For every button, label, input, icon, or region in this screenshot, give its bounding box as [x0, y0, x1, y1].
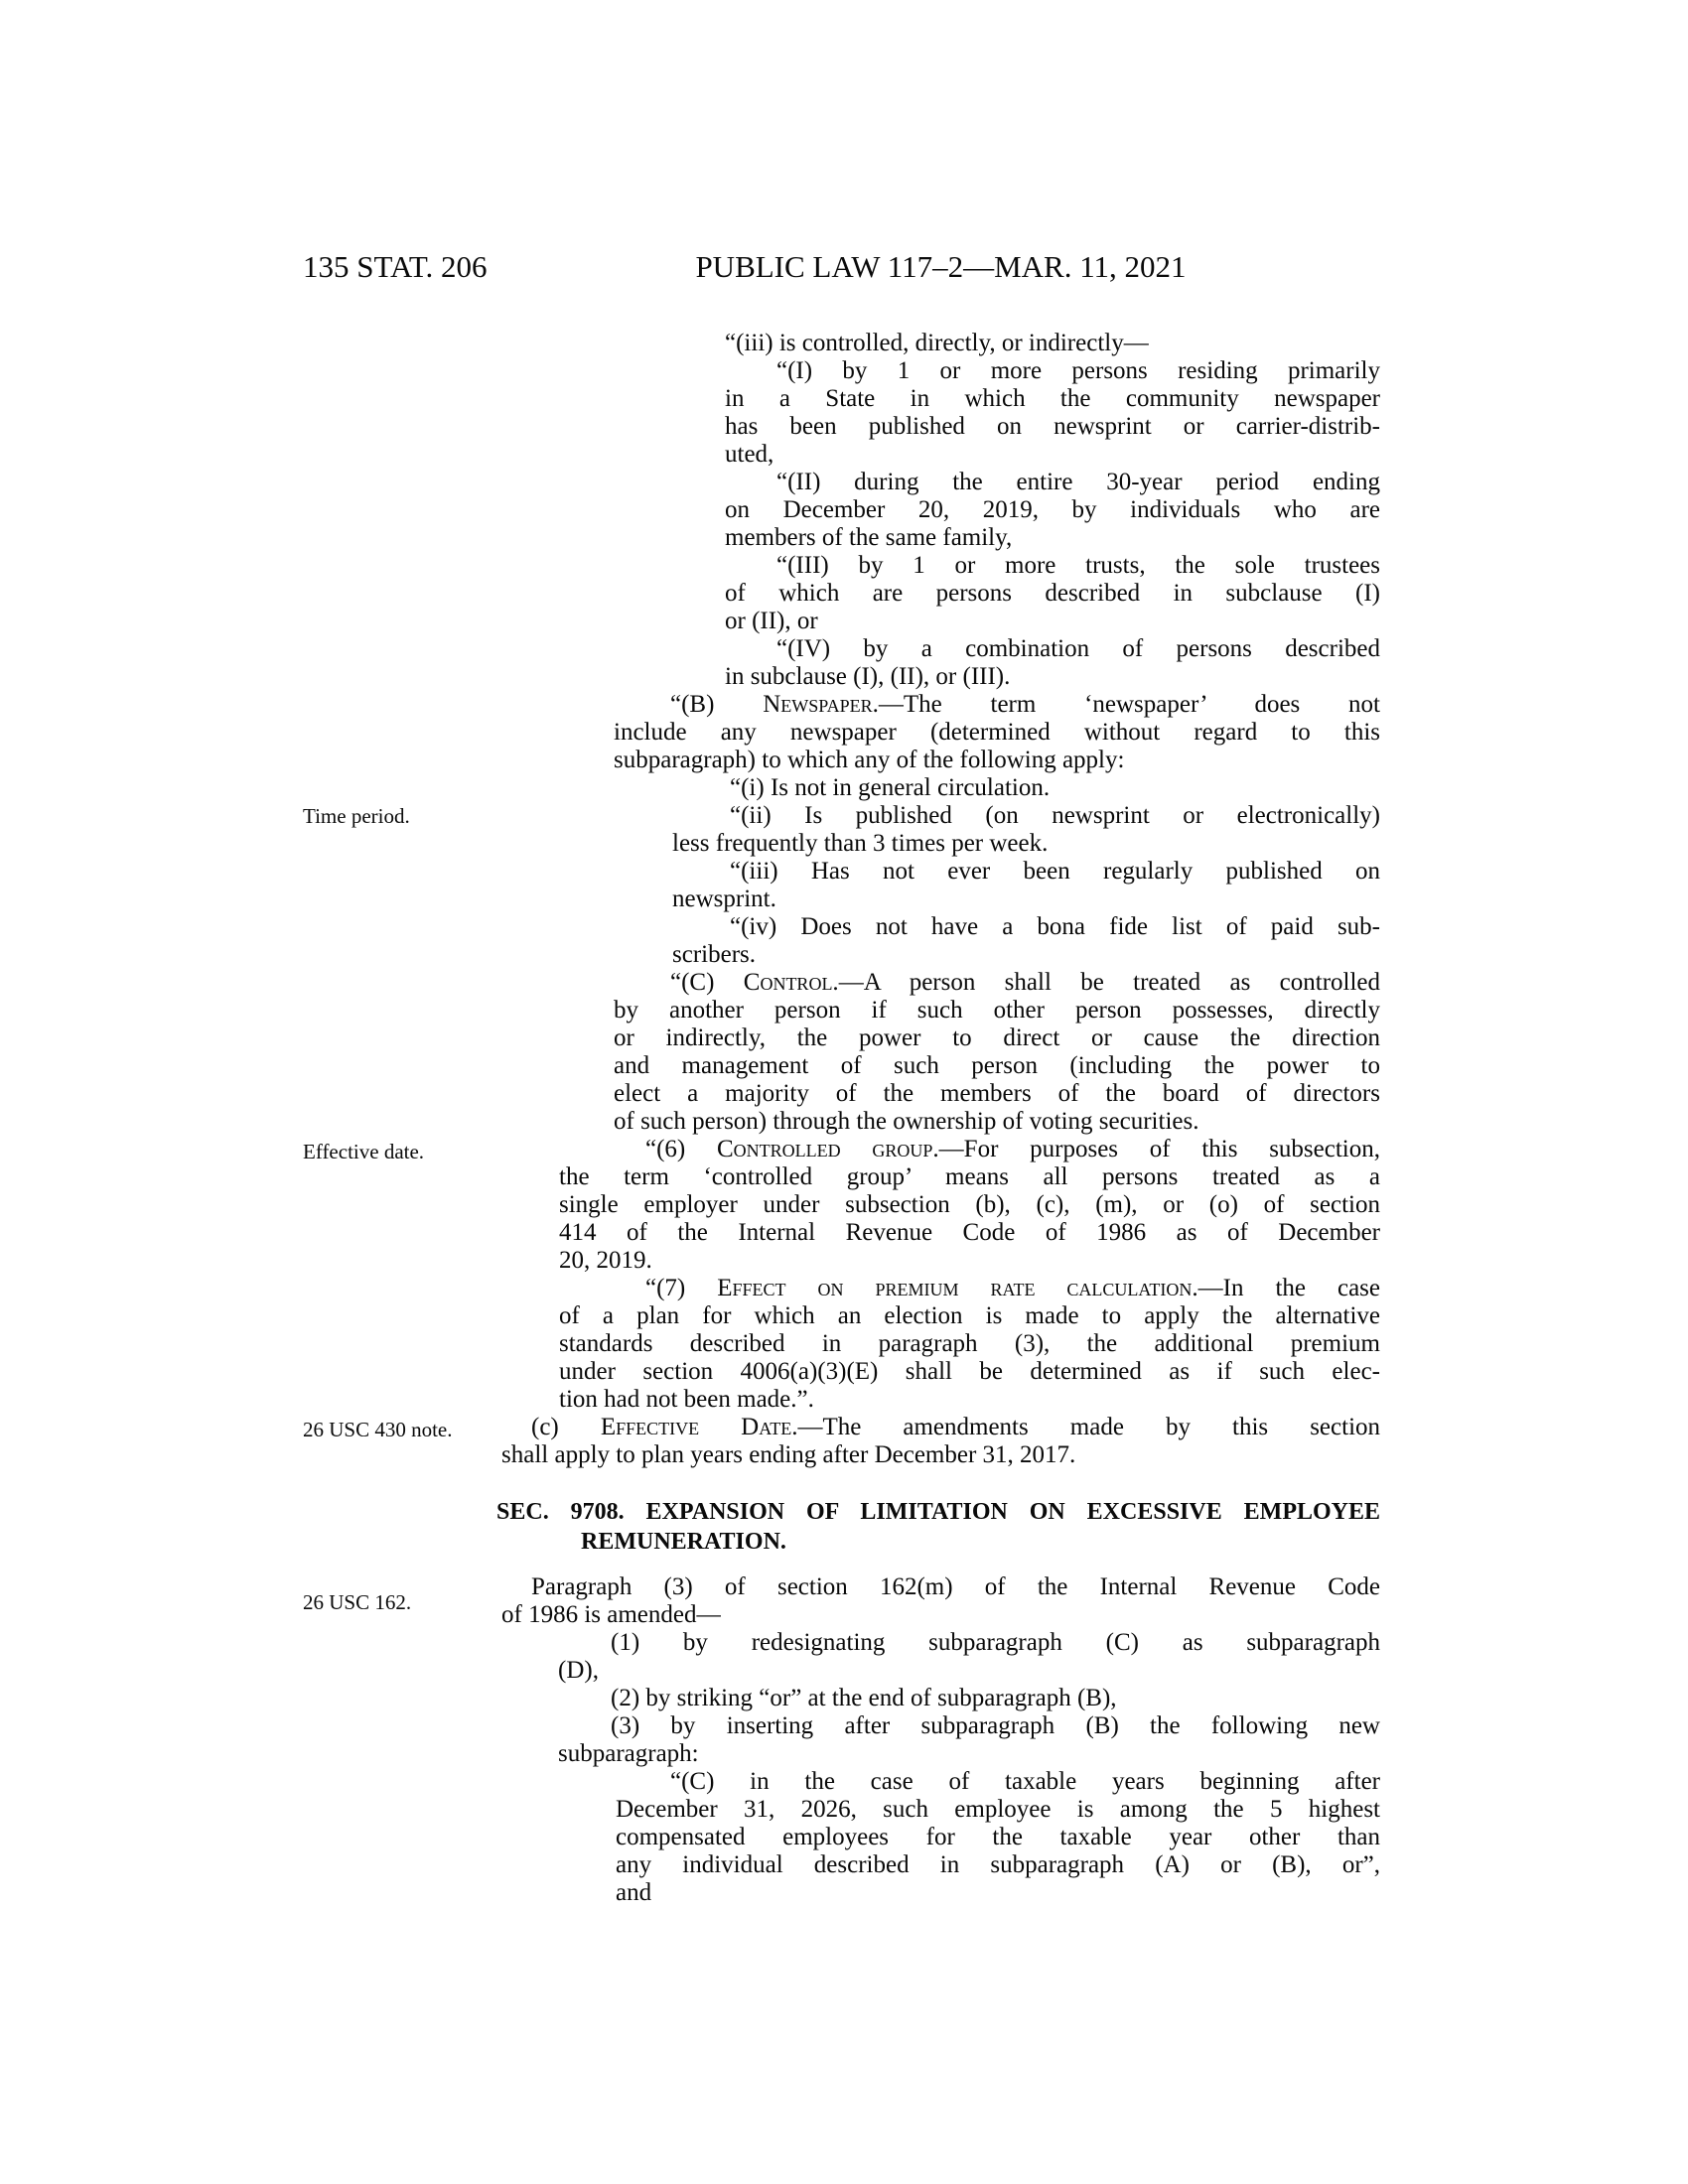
- text-line: and management of such person (including…: [614, 1052, 1380, 1080]
- text-line: of a plan for which an election is made …: [559, 1302, 1380, 1330]
- text-line: subparagraph) to which any of the follow…: [614, 747, 1124, 774]
- margin-note: Effective date.: [303, 1140, 424, 1163]
- text-line: by another person if such other person p…: [614, 997, 1380, 1024]
- text-line: under section 4006(a)(3)(E) shall be det…: [559, 1358, 1380, 1386]
- text-line: newsprint.: [672, 886, 776, 913]
- text-line: elect a majority of the members of the b…: [614, 1080, 1380, 1108]
- text-line: uted,: [725, 441, 774, 469]
- margin-note: 26 USC 430 note.: [303, 1418, 453, 1441]
- text-line: in a State in which the community newspa…: [725, 385, 1380, 413]
- text-line: of which are persons described in subcla…: [725, 580, 1380, 608]
- text-line: Paragraph (3) of section 162(m) of the I…: [531, 1573, 1380, 1601]
- text-line: in subclause (I), (II), or (III).: [725, 663, 1010, 691]
- text-line: members of the same family,: [725, 524, 1012, 552]
- text-line: “(II) during the entire 30-year period e…: [776, 469, 1380, 496]
- text-line: on December 20, 2019, by individuals who…: [725, 496, 1380, 524]
- statute-page: 135 STAT. 206 PUBLIC LAW 117–2—MAR. 11, …: [0, 0, 1688, 2184]
- text-line: less frequently than 3 times per week.: [672, 830, 1048, 858]
- text-line: “(I) by 1 or more persons residing prima…: [776, 357, 1380, 385]
- text-line: December 31, 2026, such employee is amon…: [616, 1796, 1380, 1824]
- running-head-law: PUBLIC LAW 117–2—MAR. 11, 2021: [501, 250, 1380, 284]
- text-line: “(i) Is not in general circulation.: [730, 774, 1050, 802]
- text-line: “(C) Control.—A person shall be treated …: [670, 969, 1380, 997]
- text-line: or indirectly, the power to direct or ca…: [614, 1024, 1380, 1052]
- section-heading-line: REMUNERATION.: [581, 1528, 786, 1556]
- text-line: “(B) Newspaper.—The term ‘newspaper’ doe…: [670, 691, 1380, 719]
- text-line: has been published on newsprint or carri…: [725, 413, 1380, 441]
- text-line: (3) by inserting after subparagraph (B) …: [611, 1712, 1380, 1740]
- text-line: the term ‘controlled group’ means all pe…: [559, 1163, 1380, 1191]
- text-line: single employer under subsection (b), (c…: [559, 1191, 1380, 1219]
- text-line: (c) Effective Date.—The amendments made …: [531, 1414, 1380, 1441]
- text-line: “(C) in the case of taxable years beginn…: [670, 1768, 1380, 1796]
- text-line: any individual described in subparagraph…: [616, 1851, 1380, 1879]
- text-line: of 1986 is amended—: [501, 1601, 721, 1629]
- text-line: “(iii) is controlled, directly, or indir…: [725, 330, 1149, 357]
- text-line: or (II), or: [725, 608, 818, 635]
- text-line: (2) by striking “or” at the end of subpa…: [611, 1685, 1117, 1712]
- text-line: shall apply to plan years ending after D…: [501, 1441, 1075, 1469]
- text-line: 414 of the Internal Revenue Code of 1986…: [559, 1219, 1380, 1247]
- text-line: “(ii) Is published (on newsprint or elec…: [730, 802, 1380, 830]
- text-line: and: [616, 1879, 651, 1907]
- text-line: (1) by redesignating subparagraph (C) as…: [611, 1629, 1380, 1657]
- margin-note: 26 USC 162.: [303, 1590, 411, 1614]
- text-line: subparagraph:: [558, 1740, 699, 1768]
- text-line: 20, 2019.: [559, 1247, 652, 1275]
- text-line: compensated employees for the taxable ye…: [616, 1824, 1380, 1851]
- section-heading-line: SEC. 9708. EXPANSION OF LIMITATION ON EX…: [496, 1498, 1380, 1526]
- text-line: (D),: [558, 1657, 599, 1685]
- text-line: “(IV) by a combination of persons descri…: [776, 635, 1380, 663]
- text-line: “(iv) Does not have a bona fide list of …: [730, 913, 1380, 941]
- text-line: of such person) through the ownership of…: [614, 1108, 1198, 1136]
- page-number-stat: 135 STAT. 206: [303, 250, 488, 284]
- text-line: “(III) by 1 or more trusts, the sole tru…: [776, 552, 1380, 580]
- margin-note: Time period.: [303, 804, 410, 828]
- text-line: include any newspaper (determined withou…: [614, 719, 1380, 747]
- text-line: “(iii) Has not ever been regularly publi…: [730, 858, 1380, 886]
- text-line: tion had not been made.”.: [559, 1386, 814, 1414]
- text-line: standards described in paragraph (3), th…: [559, 1330, 1380, 1358]
- text-line: scribers.: [672, 941, 756, 969]
- text-line: “(7) Effect on premium rate calculation.…: [645, 1275, 1380, 1302]
- text-line: “(6) Controlled group.—For purposes of t…: [645, 1136, 1380, 1163]
